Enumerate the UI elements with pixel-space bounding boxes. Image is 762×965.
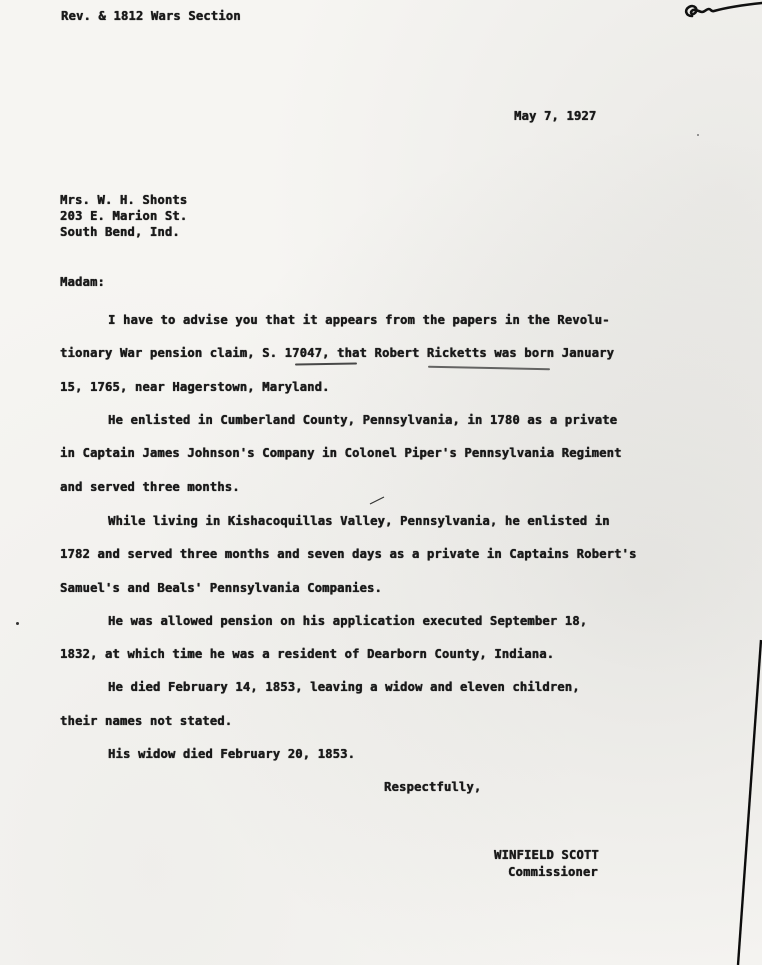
recipient-street: 203 E. Marion St. [60, 209, 187, 223]
department-header: Rev. & 1812 Wars Section [61, 9, 241, 24]
closing: Respectfully, [384, 780, 481, 795]
body-line: He was allowed pension on his applicatio… [108, 614, 587, 629]
body-line: their names not stated. [60, 714, 232, 729]
body-line: and served three months. [60, 480, 240, 495]
recipient-address-block: Mrs. W. H. Shonts 203 E. Marion St. Sout… [60, 192, 187, 240]
scan-speck [697, 134, 699, 136]
body-line: He enlisted in Cumberland County, Pennsy… [108, 413, 617, 428]
salutation: Madam: [60, 275, 105, 290]
body-line: I have to advise you that it appears fro… [108, 313, 610, 328]
veteran-name-underline [428, 366, 550, 371]
letter-page: Rev. & 1812 Wars Section May 7, 1927 Mrs… [0, 0, 762, 965]
body-line: in Captain James Johnson's Company in Co… [60, 446, 622, 461]
body-line: He died February 14, 1853, leaving a wid… [108, 680, 580, 695]
recipient-city: South Bend, Ind. [60, 225, 180, 239]
body-line: While living in Kishacoquillas Valley, P… [108, 514, 610, 529]
body-line: 15, 1765, near Hagerstown, Maryland. [60, 380, 330, 395]
body-line: 1782 and served three months and seven d… [60, 547, 637, 562]
scan-speck [16, 622, 19, 625]
signer-name: WINFIELD SCOTT [494, 848, 599, 863]
handwritten-margin-mark [680, 0, 762, 24]
body-line: Samuel's and Beals' Pennsylvania Compani… [60, 581, 382, 596]
body-line: His widow died February 20, 1853. [108, 747, 355, 762]
letter-date: May 7, 1927 [514, 109, 596, 124]
signer-title: Commissioner [508, 865, 598, 880]
body-line: tionary War pension claim, S. 17047, tha… [60, 346, 614, 361]
claim-number-underline [295, 362, 357, 365]
body-line: 1832, at which time he was a resident of… [60, 647, 554, 662]
recipient-name: Mrs. W. H. Shonts [60, 193, 187, 207]
